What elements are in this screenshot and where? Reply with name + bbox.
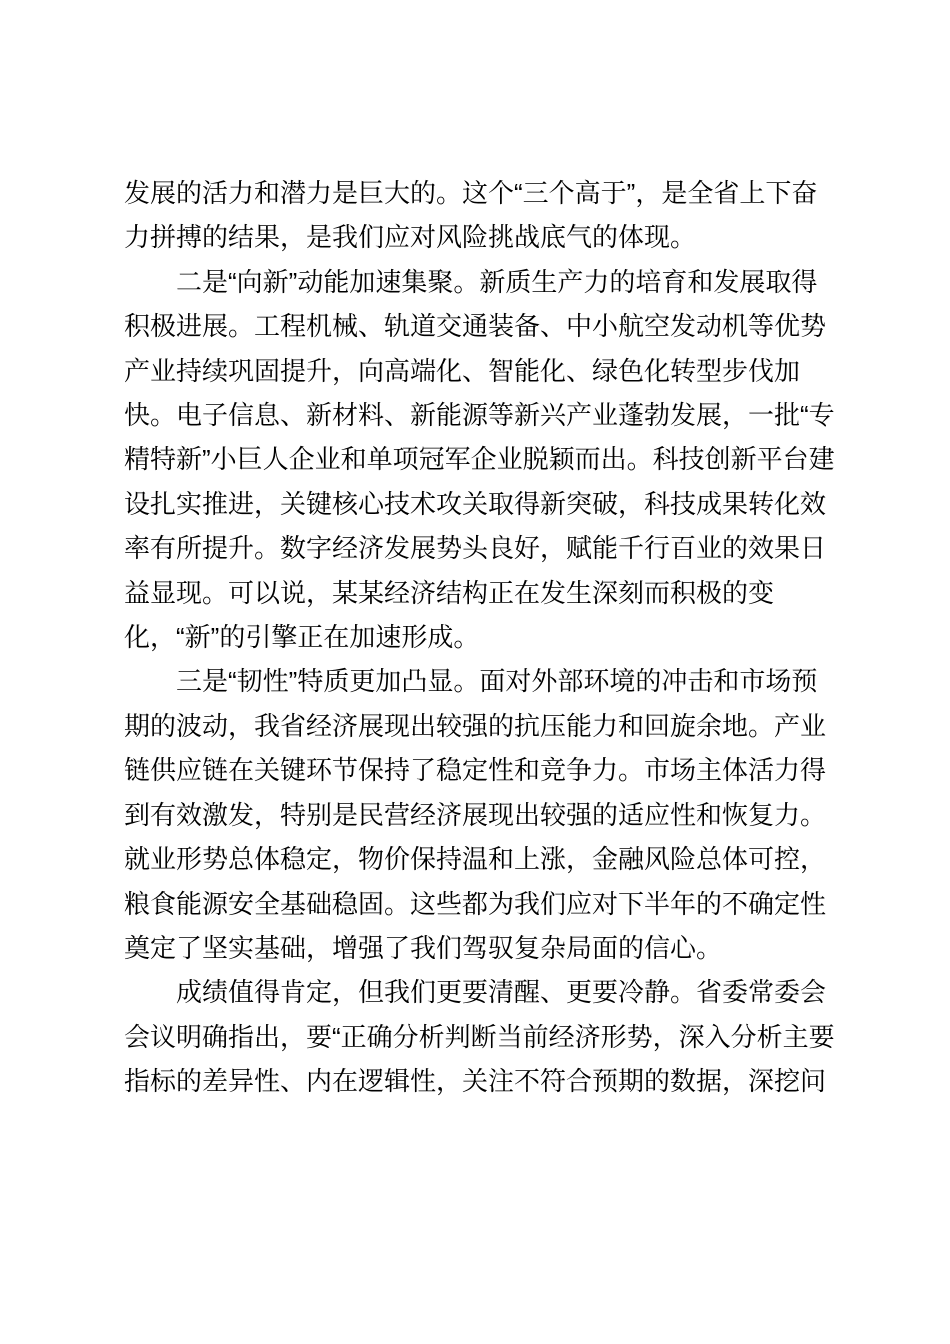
paragraph-1-line-1: 发展的活力和潜力是巨大的。这个“三个高于”，是全省上下奋 bbox=[124, 171, 828, 215]
paragraph-4-line-2: 会议明确指出，要“正确分析判断当前经济形势，深入分析主要 bbox=[124, 1015, 828, 1059]
paragraph-3-line-3: 链供应链在关键环节保持了稳定性和竞争力。市场主体活力得 bbox=[124, 748, 828, 792]
paragraph-4-line-3: 指标的差异性、内在逻辑性，关注不符合预期的数据，深挖问 bbox=[124, 1059, 828, 1103]
paragraph-2-line-1: 二是“向新”动能加速集聚。新质生产力的培育和发展取得 bbox=[124, 260, 828, 304]
paragraph-2-line-2: 积极进展。工程机械、轨道交通装备、中小航空发动机等优势 bbox=[124, 304, 828, 348]
paragraph-2-line-5: 精特新”小巨人企业和单项冠军企业脱颖而出。科技创新平台建 bbox=[124, 437, 828, 481]
paragraph-3-line-7: 奠定了坚实基础，增强了我们驾驭复杂局面的信心。 bbox=[124, 926, 828, 970]
paragraph-1-line-2: 力拼搏的结果，是我们应对风险挑战底气的体现。 bbox=[124, 215, 828, 259]
paragraph-3-line-4: 到有效激发，特别是民营经济展现出较强的适应性和恢复力。 bbox=[124, 793, 828, 837]
document-body: 发展的活力和潜力是巨大的。这个“三个高于”，是全省上下奋力拼搏的结果，是我们应对… bbox=[124, 171, 828, 1104]
paragraph-3-line-6: 粮食能源安全基础稳固。这些都为我们应对下半年的不确定性 bbox=[124, 882, 828, 926]
paragraph-2-line-7: 率有所提升。数字经济发展势头良好，赋能千行百业的效果日 bbox=[124, 526, 828, 570]
paragraph-2-line-4: 快。电子信息、新材料、新能源等新兴产业蓬勃发展，一批“专 bbox=[124, 393, 828, 437]
document-page: 发展的活力和潜力是巨大的。这个“三个高于”，是全省上下奋力拼搏的结果，是我们应对… bbox=[0, 0, 950, 1344]
paragraph-3-line-2: 期的波动，我省经济展现出较强的抗压能力和回旋余地。产业 bbox=[124, 704, 828, 748]
paragraph-3-line-5: 就业形势总体稳定，物价保持温和上涨，金融风险总体可控， bbox=[124, 837, 828, 881]
paragraph-2-line-8: 益显现。可以说，某某经济结构正在发生深刻而积极的变 bbox=[124, 571, 828, 615]
paragraph-4-line-1: 成绩值得肯定，但我们更要清醒、更要冷静。省委常委会 bbox=[124, 970, 828, 1014]
paragraph-2-line-9: 化，“新”的引擎正在加速形成。 bbox=[124, 615, 828, 659]
paragraph-2-line-3: 产业持续巩固提升，向高端化、智能化、绿色化转型步伐加 bbox=[124, 349, 828, 393]
paragraph-2-line-6: 设扎实推进，关键核心技术攻关取得新突破，科技成果转化效 bbox=[124, 482, 828, 526]
paragraph-3-line-1: 三是“韧性”特质更加凸显。面对外部环境的冲击和市场预 bbox=[124, 659, 828, 703]
